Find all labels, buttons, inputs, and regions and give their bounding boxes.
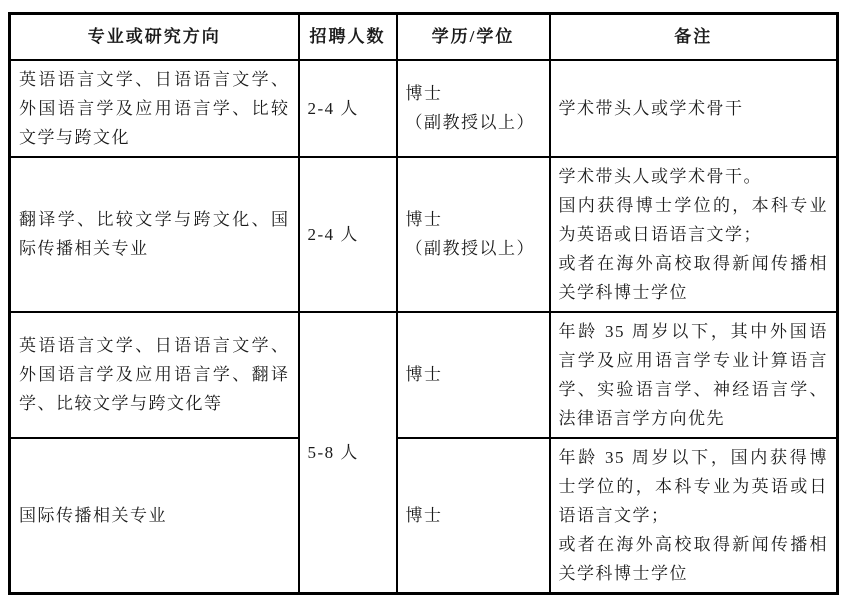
table-row: 英语语言文学、日语语言文学、外国语言学及应用语言学、翻译学、比较文学与跨文化等 … [10, 312, 838, 438]
cell-row3-note: 年龄 35 周岁以下，其中外国语言学及应用语言学专业计算语言学、实验语言学、神经… [550, 312, 838, 438]
cell-row1-major: 英语语言文学、日语语言文学、外国语言学及应用语言学、比较文学与跨文化 [10, 60, 299, 157]
cell-row2-note: 学术带头人或学术骨干。 国内获得博士学位的，本科专业为英语或日语语言文学； 或者… [550, 157, 838, 312]
header-row: 专业或研究方向 招聘人数 学历/学位 备注 [10, 14, 838, 60]
cell-row1-degree: 博士 （副教授以上） [397, 60, 550, 157]
column-header-major: 专业或研究方向 [10, 14, 299, 60]
column-header-degree: 学历/学位 [397, 14, 550, 60]
cell-row2-major: 翻译学、比较文学与跨文化、国际传播相关专业 [10, 157, 299, 312]
cell-row3-degree: 博士 [397, 312, 550, 438]
cell-row1-note: 学术带头人或学术骨干 [550, 60, 838, 157]
cell-row3-major: 英语语言文学、日语语言文学、外国语言学及应用语言学、翻译学、比较文学与跨文化等 [10, 312, 299, 438]
cell-row3-4-count-merged: 5-8 人 [299, 312, 397, 594]
table-row: 英语语言文学、日语语言文学、外国语言学及应用语言学、比较文学与跨文化 2-4 人… [10, 60, 838, 157]
recruitment-table: 专业或研究方向 招聘人数 学历/学位 备注 英语语言文学、日语语言文学、外国语言… [8, 12, 839, 595]
column-header-count: 招聘人数 [299, 14, 397, 60]
column-header-note: 备注 [550, 14, 838, 60]
table-row: 翻译学、比较文学与跨文化、国际传播相关专业 2-4 人 博士 （副教授以上） 学… [10, 157, 838, 312]
recruitment-table-container: 专业或研究方向 招聘人数 学历/学位 备注 英语语言文学、日语语言文学、外国语言… [8, 12, 839, 595]
cell-row1-count: 2-4 人 [299, 60, 397, 157]
cell-row2-count: 2-4 人 [299, 157, 397, 312]
cell-row2-degree: 博士 （副教授以上） [397, 157, 550, 312]
